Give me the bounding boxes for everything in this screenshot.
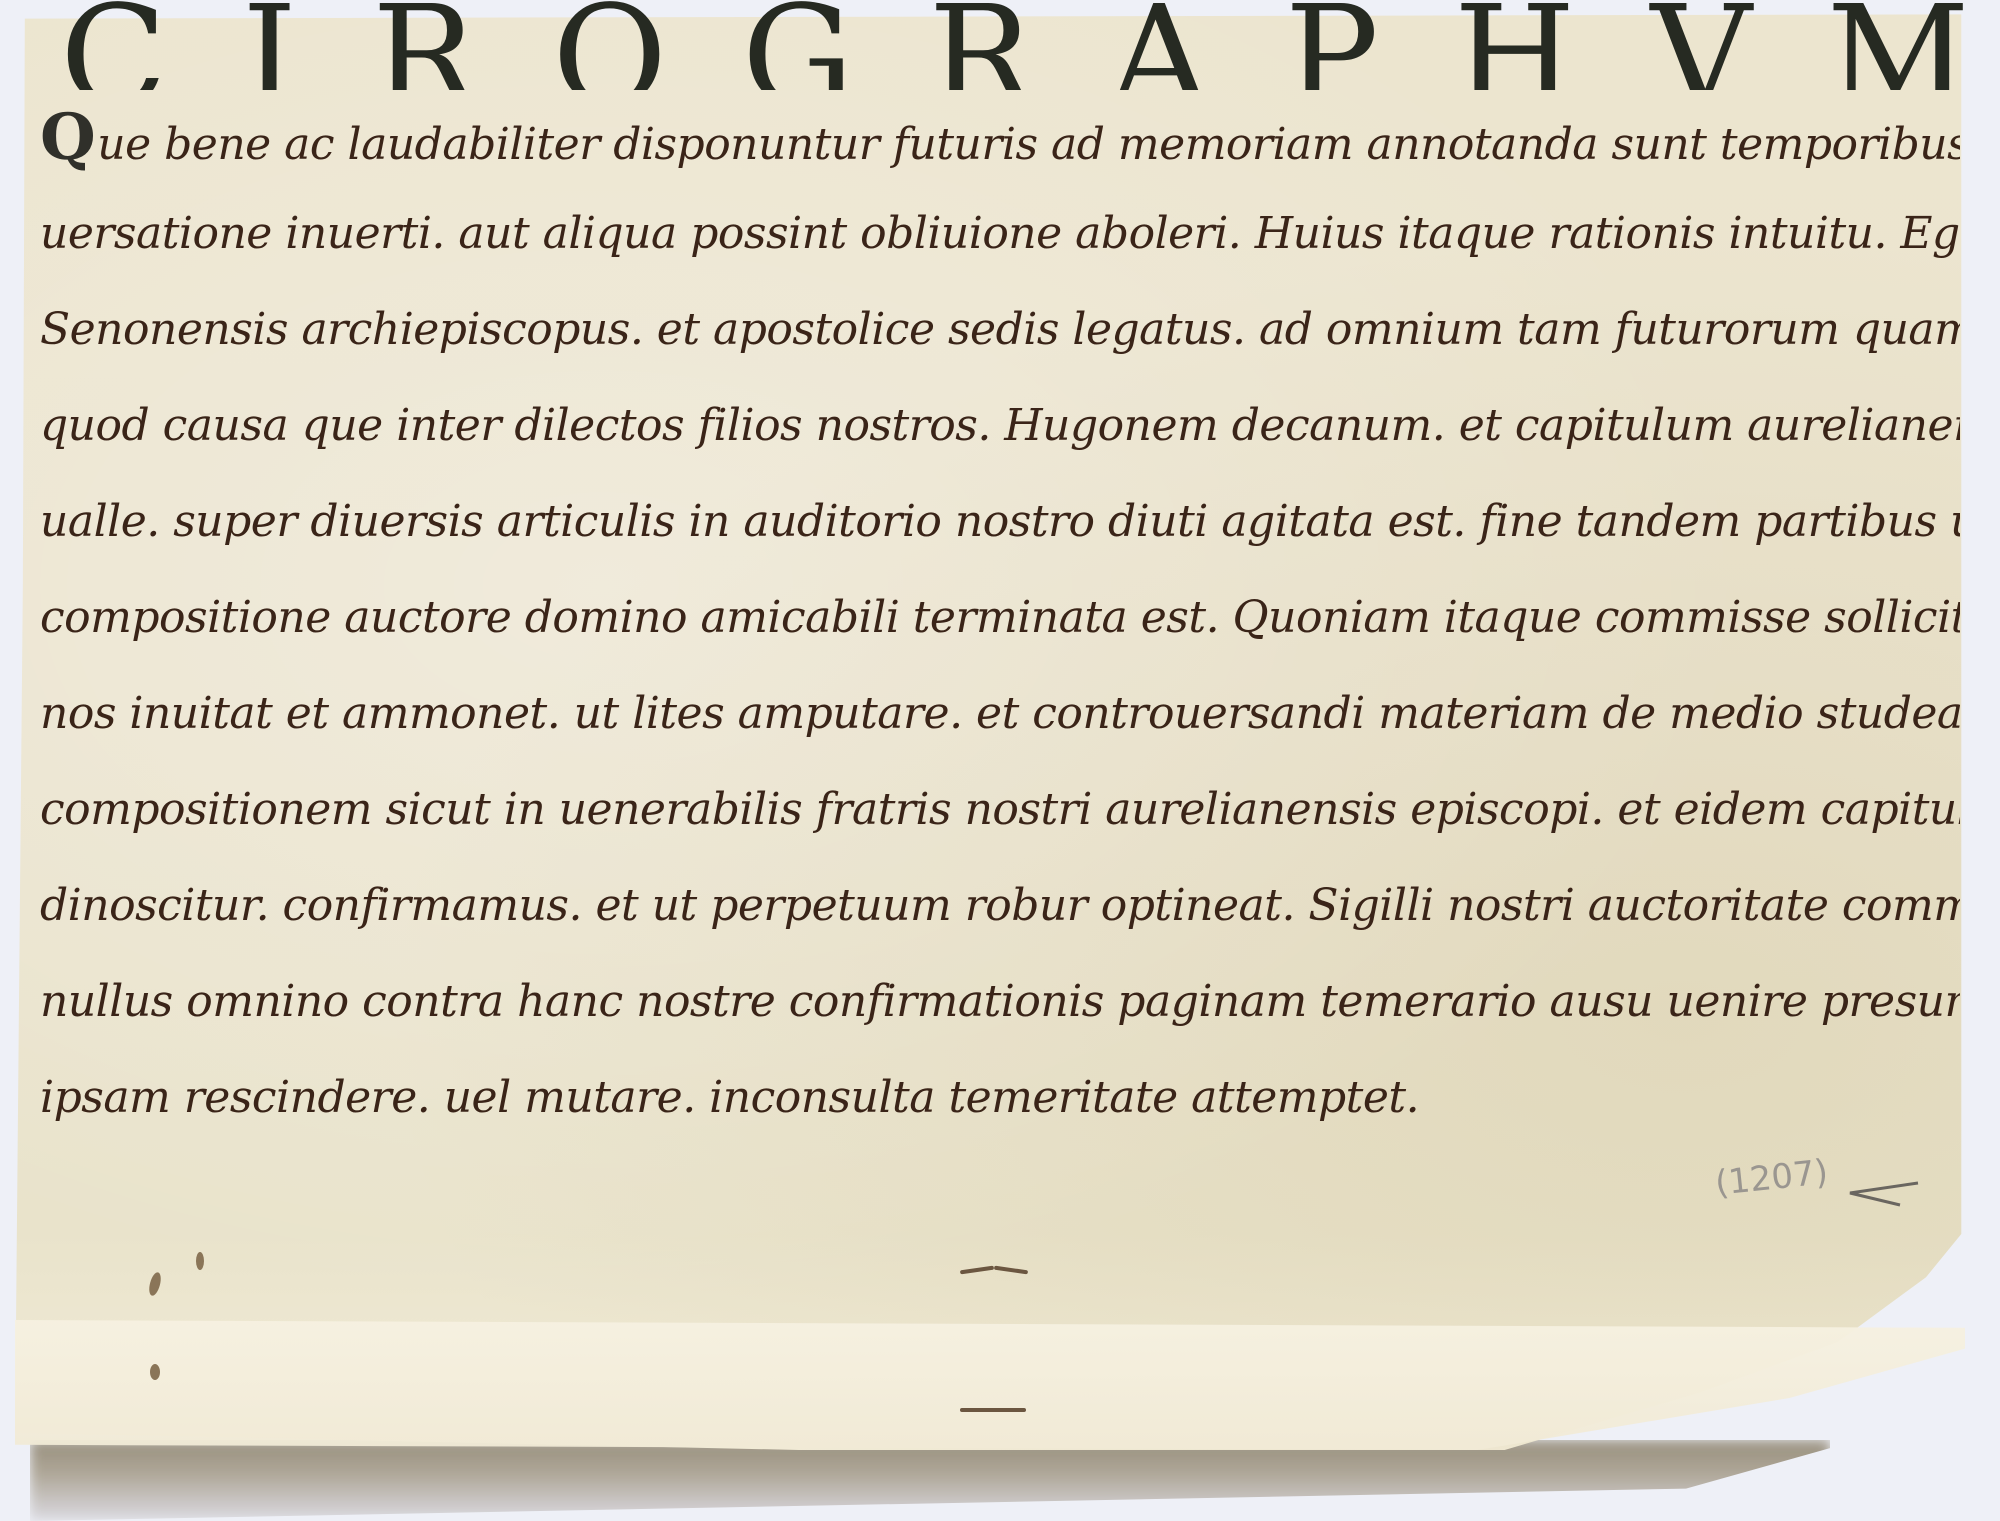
header-letter: R xyxy=(929,0,1054,90)
header-letter: G xyxy=(742,0,874,90)
line-text: ue bene ac laudabiliter disponuntur futu… xyxy=(97,119,1960,170)
chirograph-header: C I R O G R A P H V M xyxy=(40,0,2000,90)
page-shadow xyxy=(30,1440,1830,1521)
text-line: quod causa que inter dilectos filios nos… xyxy=(40,378,1960,474)
seal-slit xyxy=(960,1408,1026,1412)
folded-bottom-flap xyxy=(15,1320,1965,1450)
header-letter: O xyxy=(552,0,687,90)
header-letter: M xyxy=(1827,0,1990,90)
text-line: uersatione inuerti. aut aliqua possint o… xyxy=(40,186,1960,282)
text-line: Que bene ac laudabiliter disponuntur fut… xyxy=(40,90,1960,186)
header-letter: V xyxy=(1651,0,1772,90)
header-letter: I xyxy=(242,0,317,90)
parchment-hole xyxy=(196,1252,204,1270)
text-line: nullus omnino contra hanc nostre confirm… xyxy=(40,954,1960,1050)
text-line: compositionem sicut in uenerabilis fratr… xyxy=(40,762,1960,858)
header-letter: A xyxy=(1109,0,1230,90)
header-letter: C xyxy=(60,0,187,90)
header-letter: R xyxy=(372,0,497,90)
pencil-arrow-icon xyxy=(1840,1175,1920,1209)
text-line: nos inuitat et ammonet. ut lites amputar… xyxy=(40,666,1960,762)
header-letter: H xyxy=(1454,0,1596,90)
charter-text: Que bene ac laudabiliter disponuntur fut… xyxy=(40,90,1960,1146)
parchment-hole xyxy=(150,1364,160,1380)
text-line: ualle. super diuersis articulis in audit… xyxy=(40,474,1960,570)
initial-letter: Q xyxy=(40,100,95,175)
text-line: ipsam rescindere. uel mutare. inconsulta… xyxy=(40,1050,1960,1146)
header-letter: P xyxy=(1285,0,1399,90)
text-line: compositione auctore domino amicabili te… xyxy=(40,570,1960,666)
text-line: Senonensis archiepiscopus. et apostolice… xyxy=(40,282,1960,378)
text-line: dinoscitur. confirmamus. et ut perpetuum… xyxy=(40,858,1960,954)
